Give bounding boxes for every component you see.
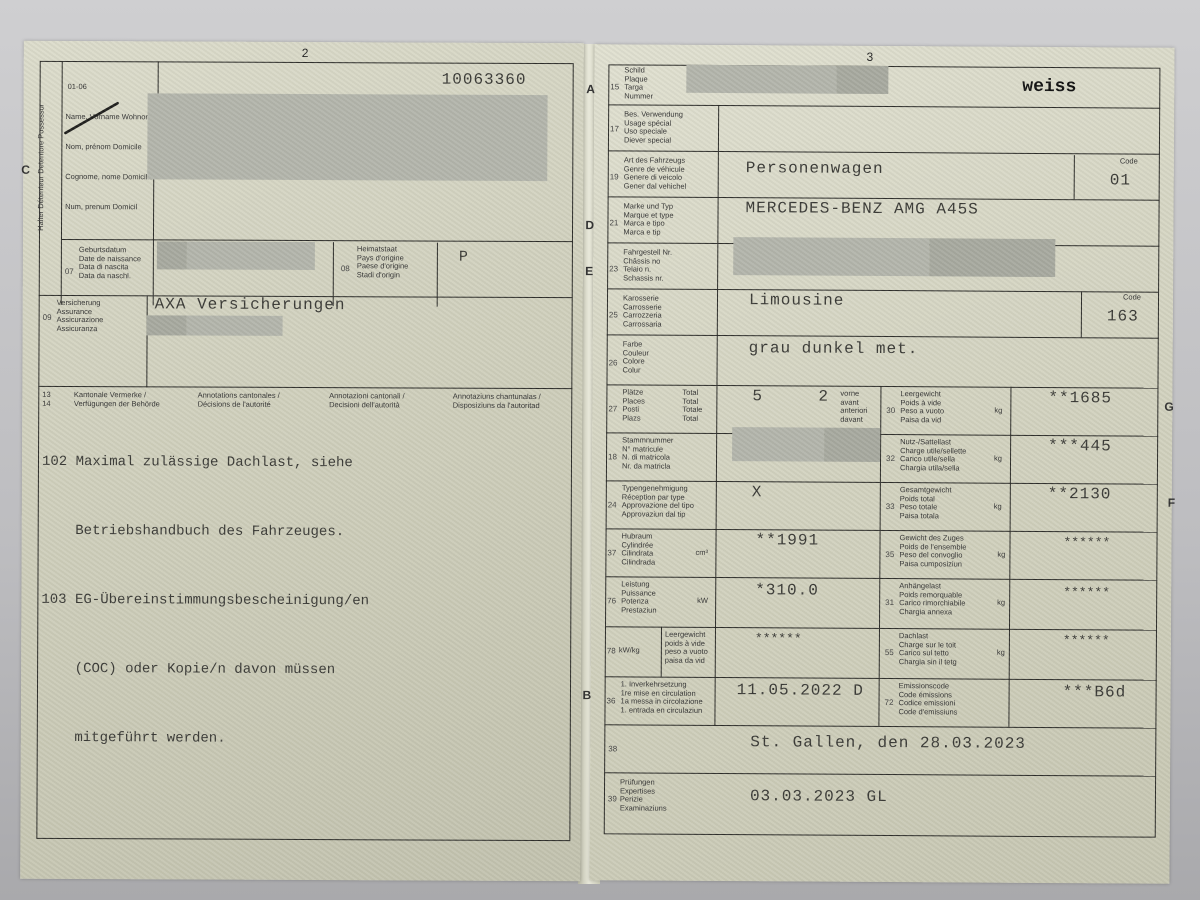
power-weight-value: ****** (755, 631, 802, 646)
holder-vertical-label: Halter Détenteur Detentore Possessur (37, 91, 46, 231)
power-weight-labels: Leergewichtpoids à vide peso a vuotopais… (665, 631, 708, 665)
first-registration-value: 11.05.2022 D (737, 681, 864, 700)
special-use-labels: Bes. VerwendungUsage spécial Uso special… (624, 110, 683, 144)
type-number-redacted (732, 427, 824, 462)
inspection-value: 03.03.2023 GL (750, 787, 888, 806)
page-number: 2 (302, 46, 309, 60)
seats-front: 2 (818, 388, 829, 406)
remark-line: (COC) oder Kopie/n davon müssen (41, 658, 369, 682)
remark-line: mitgeführt werden. (41, 727, 369, 751)
body-labels: KarosserieCarrosserie CarrozzeriaCarross… (623, 294, 662, 328)
form-code: 01-06 (68, 83, 87, 92)
trailer-load-value: ****** (1063, 585, 1110, 600)
empty-weight-labels: LeergewichtPoids à vide Peso a vuotoPais… (900, 390, 944, 424)
color-value: grau dunkel met. (749, 339, 919, 358)
remarks-text: 102 Maximal zulässige Dachlast, siehe Be… (41, 405, 370, 797)
issue-place-date: St. Gallen, den 28.03.2023 (750, 733, 1026, 753)
first-registration-labels: 1. Inverkehrsetzung1re mise en circulati… (620, 680, 702, 715)
insurance-policy-redacted (187, 315, 283, 335)
remark-line: Betriebshandbuch des Fahrzeuges. (42, 520, 370, 544)
displacement-labels: HubraumCylindrée CilindrataCilindrada (621, 532, 655, 566)
train-weight-labels: Gewicht des ZugesPoids de l'ensemble Pes… (899, 534, 966, 568)
remark-line: 103 EG-Übereinstimmungsbescheinigung/en (41, 589, 369, 613)
roof-load-value: ****** (1063, 633, 1110, 648)
left-page: 2 C 01-06 10063360 Halter Détenteur Dete… (20, 41, 584, 881)
insurance-labels: VersicherungAssurance AssicurazioneAssic… (57, 299, 143, 333)
type-number-labels: StammnummerN° matricule N. di matricolaN… (622, 436, 673, 470)
section-marker-c: C (21, 163, 30, 177)
page-number: 3 (866, 50, 873, 64)
holder-name-redacted (147, 93, 547, 181)
insurance-value: AXA Versicherungen (155, 295, 346, 314)
birthdate-labels: GeburtsdatumDate de naissance Data di na… (79, 246, 155, 280)
trailer-load-labels: AnhängelastPoids remorquable Carico rimo… (899, 582, 965, 616)
train-weight-value: ****** (1063, 535, 1110, 550)
marker-a: A (586, 82, 595, 96)
chassis-redacted (733, 237, 929, 276)
chassis-labels: Fahrgestell Nr.Châssis no Telaio n.Schas… (623, 248, 672, 282)
holder-label-fr: Nom, prénom Domicile (65, 143, 155, 152)
payload-labels: Nutz-/SattellastCharge utile/sellette Ca… (900, 438, 967, 472)
vehicle-type-value: Personenwagen (746, 159, 884, 178)
make-model-value: MERCEDES-BENZ AMG A45S (746, 199, 979, 218)
plate-number-redacted (686, 65, 836, 94)
type-approval-labels: TypengenehmigungRéception par type Appro… (622, 484, 694, 518)
total-weight-value: **2130 (1048, 485, 1112, 503)
vehicle-type-labels: Art des FahrzeugsGenre de véhicule Gener… (624, 156, 687, 190)
plate-labels: SchildPlaque TargaNummer (624, 66, 653, 100)
marker-b: B (583, 688, 592, 702)
origin-value: P (459, 249, 468, 266)
power-labels: LeistungPuissance PotenzaPrestaziun (621, 580, 657, 614)
color-labels: FarbeCouleur ColoreColur (623, 340, 649, 374)
marker-f: F (1168, 496, 1175, 510)
emission-code-labels: EmissionscodeCode émissions Codice emiss… (898, 682, 957, 716)
remark-line: 102 Maximal zulässige Dachlast, siehe (42, 451, 370, 475)
serial-number: 10063360 (442, 71, 527, 89)
empty-weight-value: **1685 (1048, 389, 1112, 407)
marker-g: G (1164, 400, 1173, 414)
type-approval-value: X (752, 483, 763, 501)
seats-total: 5 (752, 387, 763, 405)
vehicle-type-code: 01 (1110, 171, 1131, 189)
marker-d: D (585, 218, 594, 232)
holder-label-it: Cognome, nome Domicilio (65, 173, 155, 182)
emission-code-value: ***B6d (1063, 683, 1127, 701)
birthdate-redacted (187, 241, 315, 270)
marker-e: E (585, 264, 593, 278)
pen-strike-mark (63, 97, 119, 137)
total-weight-labels: GesamtgewichtPoids total Peso totalePais… (900, 486, 952, 520)
roof-load-labels: DachlastCharge sur le toit Carico sul te… (899, 632, 957, 666)
origin-labels: HeimatstaatPays d'origine Paese d'origin… (357, 245, 433, 279)
make-model-labels: Marke und TypMarque et type Marca e tipo… (623, 202, 673, 236)
power-value: *310.0 (755, 581, 819, 599)
plate-color: weiss (1022, 77, 1076, 97)
displacement-value: **1991 (755, 531, 819, 549)
body-code: 163 (1107, 307, 1139, 325)
body-value: Limousine (749, 291, 845, 310)
inspection-labels: PrüfungenExpertises PerizieExaminaziuns (620, 778, 667, 812)
payload-value: ***445 (1048, 437, 1112, 455)
seats-labels: PlätzePlaces PostiPlazs (622, 388, 682, 422)
right-page: 3 A D E B G F 15 SchildPlaque TargaNumme… (589, 44, 1174, 884)
holder-label-rm: Num, prenum Domicil (65, 203, 155, 212)
